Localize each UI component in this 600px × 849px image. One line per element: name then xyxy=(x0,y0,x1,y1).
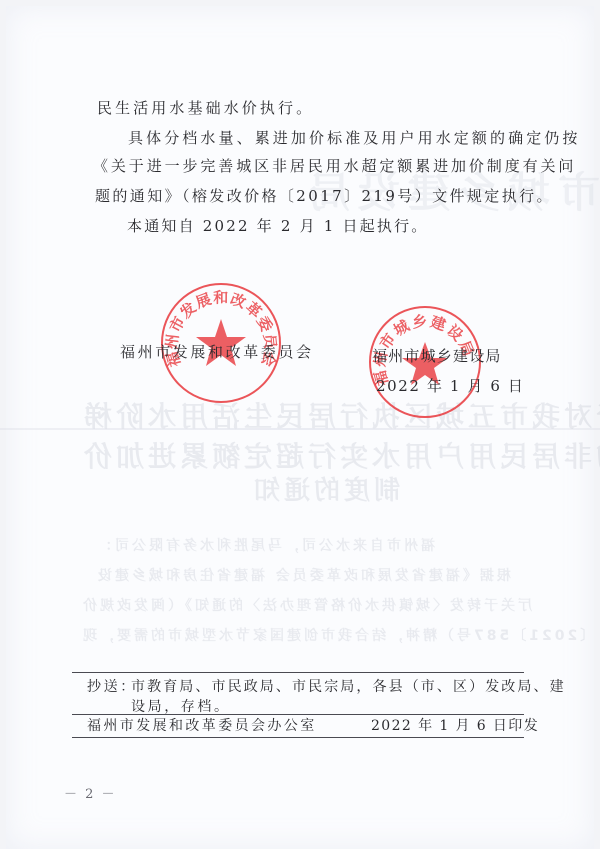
footer-rule-bottom xyxy=(72,737,524,738)
body-line-4: 题的通知》（榕发改价格〔2017〕219号）文件规定执行。 xyxy=(95,186,554,206)
signature-date: 2022 年 1 月 6 日 xyxy=(376,376,525,396)
bleed-through-body-2: 根据《福建省发展和改革委员会 福建省住房和城乡建设 xyxy=(95,565,511,585)
bleed-through-body-3: 厅关于转发〈城镇供水价格管理办法〉的通知》（闽发改规价 xyxy=(80,595,532,615)
footer-rule-top xyxy=(72,672,524,673)
paper-crease xyxy=(0,428,600,430)
body-line-2: 具体分档水量、累进加价标准及用户用水定额的确定仍按 xyxy=(128,128,581,148)
signature-right-org: 福州市城乡建设局 xyxy=(372,346,502,366)
issue-date: 2022 年 1 月 6 日印发 xyxy=(371,716,539,736)
signature-left-org: 福州市发展和改革委员会 xyxy=(120,342,314,362)
issuer: 福州市发展和改革委员会办公室 xyxy=(87,716,317,736)
body-line-3: 《关于进一步完善城区非居民用水超定额累进加价制度有关问 xyxy=(93,156,576,176)
bleed-through-body: 福州市自来水公司，马尾胜利水务有限公司： xyxy=(95,535,435,555)
bleed-through-title-3: 制度的通知 xyxy=(250,470,400,507)
page-number: － 2 － xyxy=(64,783,117,802)
cc-line-1: 市教育局、市民政局、市民宗局，各县（市、区）发改局、建 xyxy=(131,677,566,697)
body-line-5: 本通知自 2022 年 2 月 1 日起执行。 xyxy=(127,216,428,236)
cc-label: 抄送： xyxy=(87,677,137,697)
footer-rule-middle xyxy=(72,714,524,715)
bleed-through-title-2: 的非居民用户用水实行超定额累进加价 xyxy=(80,435,600,475)
bleed-through-body-4: 〔2021〕587号）精神，结合我市创建国家节水型城市的需要，现 xyxy=(80,625,594,645)
body-line-1: 民生活用水基础水价执行。 xyxy=(97,98,314,118)
